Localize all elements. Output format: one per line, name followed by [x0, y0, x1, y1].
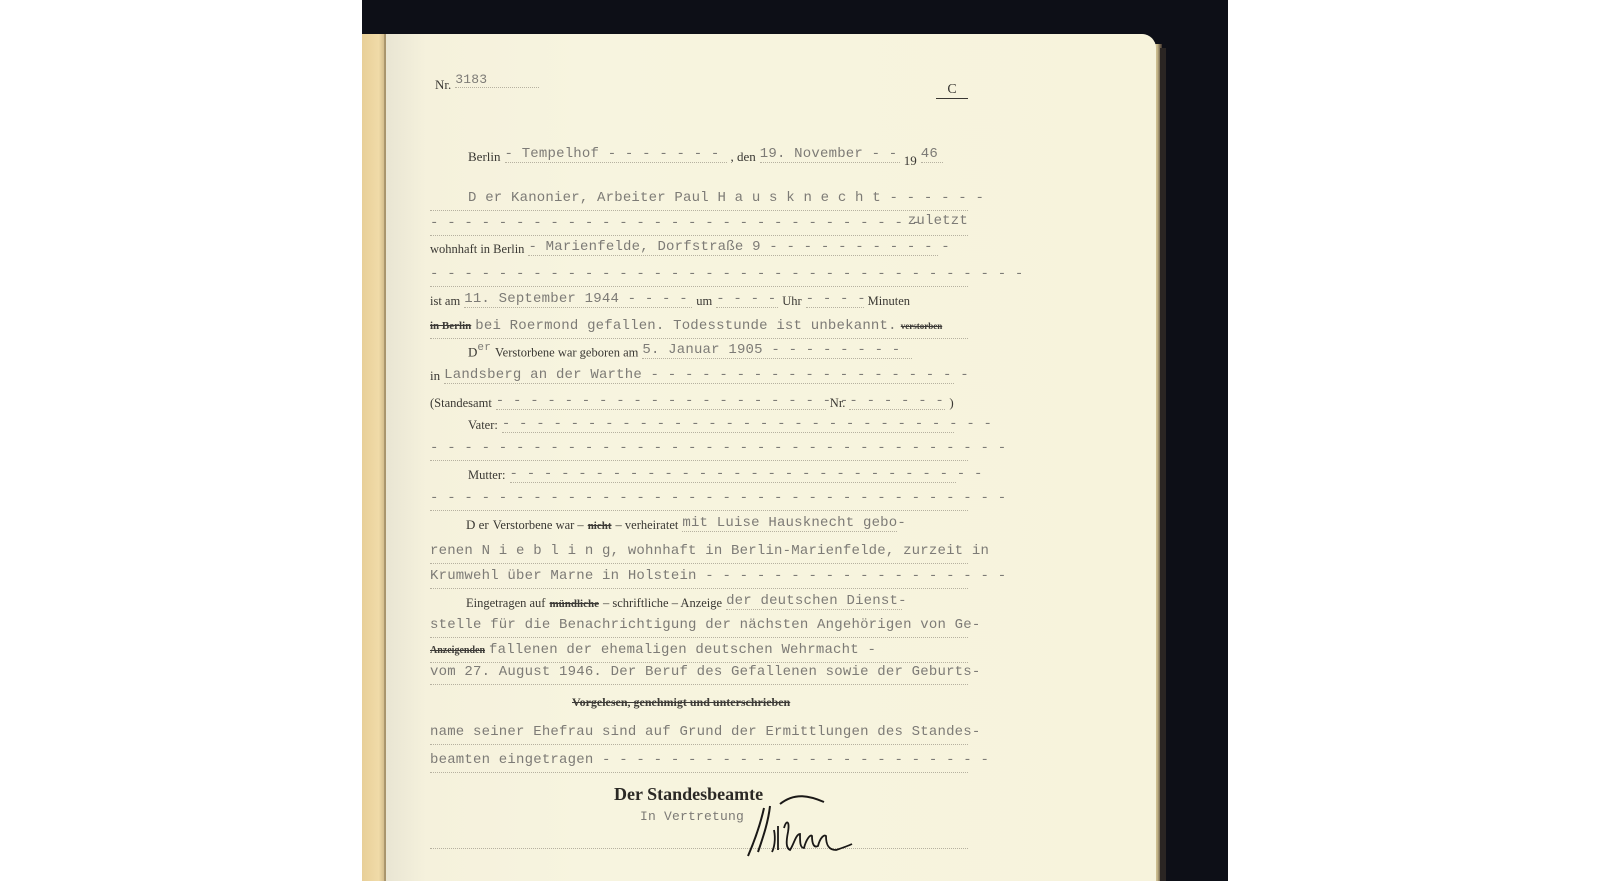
- residence-line: wohnhaft in Berlin - Marienfelde, Dorfst…: [430, 240, 968, 262]
- remarks-line: name seiner Ehefrau sind auf Grund der E…: [430, 722, 968, 745]
- spouse-continuation-line-2: Krumwehl über Marne in Holstein - - - - …: [430, 566, 968, 589]
- death-place: bei Roermond gefallen. Todesstunde ist u…: [475, 318, 896, 334]
- district-value: - Tempelhof - - - - - - -: [505, 146, 727, 163]
- book-spine: [1160, 48, 1166, 881]
- death-date-line: ist am 11. September 1944 - - - - um - -…: [430, 292, 968, 314]
- struck-muendliche: mündliche: [549, 598, 599, 610]
- register-number: 3183: [455, 72, 539, 88]
- death-label: ist am: [430, 294, 460, 308]
- struck-vorgelesen: Vorgelesen, genehmigt und unterschrieben: [572, 695, 790, 710]
- birth-place-line: in Landsberg an der Warthe - - - - - - -…: [430, 367, 968, 389]
- um-value: - - - -: [716, 291, 778, 308]
- informant-continuation-line-2: Anzeigenden fallenen der ehemaligen deut…: [430, 640, 968, 663]
- in-vertretung-text: In Vertretung: [640, 809, 744, 824]
- zuletzt-text: zuletzt: [908, 213, 968, 229]
- birth-place-label: in: [430, 368, 440, 383]
- struck-nicht: nicht: [588, 520, 612, 532]
- book-cover-edge: [362, 34, 386, 881]
- spouse-continuation-line: renen N i e b l i n g, wohnhaft in Berli…: [430, 541, 968, 564]
- entry-line: Eingetragen auf mündliche – schriftliche…: [430, 594, 968, 616]
- father-continuation-line: - - - - - - - - - - - - - - - - - - - - …: [430, 438, 968, 461]
- struck-verstorben: verstorben: [901, 321, 943, 331]
- standesamt-line: (Standesamt - - - - - - - - - - - - - - …: [430, 394, 968, 416]
- born-label: Verstorbene war geboren am: [495, 345, 638, 359]
- date-value: 19. November - -: [760, 146, 900, 163]
- spouse-value: mit Luise Hausknecht gebo-: [682, 515, 897, 532]
- section-letter: C: [936, 82, 968, 99]
- mother-value: - - - - - - - - - - - - - - - - - - - - …: [510, 466, 956, 483]
- struck-in-berlin: in Berlin: [430, 320, 471, 332]
- birth-date-line: Der Verstorbene war geboren am 5. Januar…: [430, 342, 968, 364]
- informant-continuation-line: stelle für die Benachrichtigung der näch…: [430, 615, 968, 638]
- mother-continuation-line: - - - - - - - - - - - - - - - - - - - - …: [430, 488, 968, 511]
- birth-place: Landsberg an der Warthe - - - - - - - - …: [444, 367, 954, 384]
- mother-label: Mutter:: [468, 468, 506, 482]
- nr-value: - - - - - -: [849, 393, 945, 410]
- informant-value: der deutschen Dienst-: [726, 593, 902, 610]
- year-suffix: 46: [921, 146, 943, 163]
- birth-date: 5. Januar 1905 - - - - - - - -: [642, 342, 912, 359]
- residence-continuation-line: - - - - - - - - - - - - - - - - - - - - …: [430, 264, 968, 287]
- occupation-continuation-line: - - - - - - - - - - - - - - - - - - - - …: [430, 213, 968, 236]
- father-label: Vater:: [468, 418, 498, 432]
- deceased-name-line: D er Kanonier, Arbeiter Paul H a u s k n…: [430, 188, 968, 211]
- um-label: um: [696, 294, 712, 308]
- standesamt-value: - - - - - - - - - - - - - - - - - - - - …: [496, 393, 826, 410]
- death-date: 11. September 1944 - - - -: [464, 291, 692, 308]
- death-place-line: in Berlin bei Roermond gefallen. Todesst…: [430, 316, 968, 339]
- residence-label: wohnhaft in Berlin: [430, 242, 524, 256]
- uhr-value: - - - -: [806, 291, 864, 308]
- place-date-row: Berlin - Tempelhof - - - - - - - , den 1…: [468, 148, 943, 167]
- city-label: Berlin: [468, 149, 501, 164]
- minuten-label: Minuten: [868, 294, 910, 308]
- year-prefix: 19: [904, 153, 917, 168]
- handwritten-signature-icon: [740, 790, 860, 860]
- mother-line: Mutter: - - - - - - - - - - - - - - - - …: [430, 466, 968, 488]
- father-line: Vater: - - - - - - - - - - - - - - - - -…: [430, 416, 968, 438]
- register-number-row: Nr. 3183: [435, 76, 539, 94]
- uhr-label: Uhr: [782, 294, 801, 308]
- informant-continuation-line-3: vom 27. August 1946. Der Beruf des Gefal…: [430, 662, 968, 685]
- den-label: , den: [731, 149, 756, 164]
- signature-line: [430, 848, 968, 849]
- standesamt-label: (Standesamt: [430, 396, 492, 410]
- residence-value: - Marienfelde, Dorfstraße 9 - - - - - - …: [528, 239, 938, 256]
- marital-line: D er Verstorbene war – nicht – verheirat…: [430, 516, 968, 538]
- register-number-label: Nr.: [435, 77, 451, 92]
- struck-anzeigenden: Anzeigenden: [430, 645, 485, 656]
- father-value: - - - - - - - - - - - - - - - - - - - - …: [502, 416, 954, 433]
- remarks-line-2: beamten eingetragen - - - - - - - - - - …: [430, 750, 968, 773]
